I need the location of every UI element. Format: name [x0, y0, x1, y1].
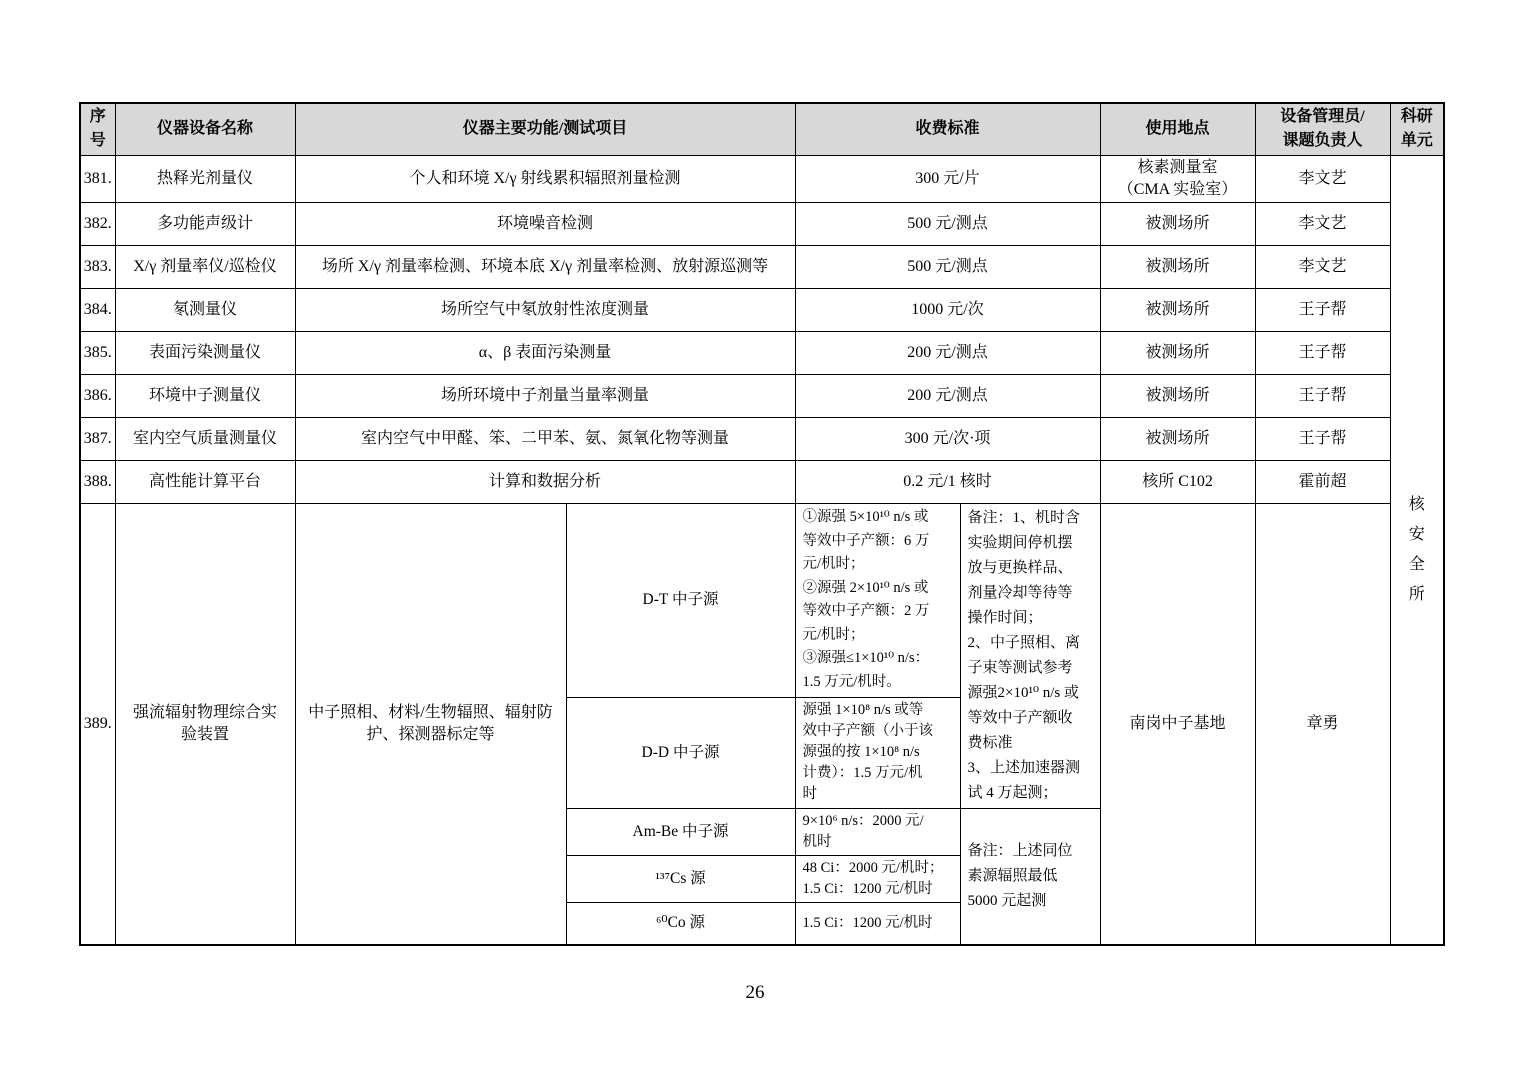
header-name: 仪器设备名称 [115, 103, 295, 155]
cell-source-cs137: ¹³⁷Cs 源 [566, 855, 795, 902]
table-row: 383. X/γ 剂量率仪/巡检仪 场所 X/γ 剂量率检测、环境本底 X/γ … [80, 245, 1444, 288]
cell-function: 个人和环境 X/γ 射线累积辐照剂量检测 [295, 155, 795, 202]
cell-function: 室内空气中甲醛、笨、二甲苯、氨、氮氧化物等测量 [295, 417, 795, 460]
cell-seq: 381. [80, 155, 115, 202]
cell-fee-co60: 1.5 Ci：1200 元/机时 [795, 902, 960, 945]
table-row-389-dt: 389. 强流辐射物理综合实 验装置 中子照相、材料/生物辐照、辐射防 护、探测… [80, 503, 1444, 697]
cell-research-unit: 核 安 全 所 [1390, 155, 1444, 945]
header-unit: 科研 单元 [1390, 103, 1444, 155]
cell-fee-dt: ①源强 5×10¹⁰ n/s 或 等效中子产额：6 万 元/机时； ②源强 2×… [795, 503, 960, 697]
cell-name: 氡测量仪 [115, 288, 295, 331]
cell-location: 被测场所 [1100, 374, 1255, 417]
cell-fee-ambe: 9×10⁶ n/s：2000 元/ 机时 [795, 808, 960, 855]
cell-manager: 王子帮 [1255, 417, 1390, 460]
cell-location: 被测场所 [1100, 288, 1255, 331]
cell-note-accelerator: 备注：1、机时含 实验期间停机摆 放与更换样品、 剂量冷却等待等 操作时间； 2… [960, 503, 1100, 808]
cell-function: 场所空气中氡放射性浓度测量 [295, 288, 795, 331]
table-row: 385. 表面污染测量仪 α、β 表面污染测量 200 元/测点 被测场所 王子… [80, 331, 1444, 374]
cell-name: 环境中子测量仪 [115, 374, 295, 417]
document-page: 序 号 仪器设备名称 仪器主要功能/测试项目 收费标准 使用地点 设备管理员/ … [0, 0, 1520, 1074]
cell-name: 室内空气质量测量仪 [115, 417, 295, 460]
cell-source-co60: ⁶⁰Co 源 [566, 902, 795, 945]
cell-function: 环境噪音检测 [295, 202, 795, 245]
cell-name: 表面污染测量仪 [115, 331, 295, 374]
cell-fee: 500 元/测点 [795, 245, 1100, 288]
cell-fee-dd: 源强 1×10⁸ n/s 或等 效中子产额（小于该 源强的按 1×10⁸ n/s… [795, 697, 960, 808]
cell-source-ambe: Am-Be 中子源 [566, 808, 795, 855]
cell-name: 多功能声级计 [115, 202, 295, 245]
cell-manager: 王子帮 [1255, 288, 1390, 331]
cell-fee: 500 元/测点 [795, 202, 1100, 245]
cell-fee: 200 元/测点 [795, 374, 1100, 417]
cell-fee: 200 元/测点 [795, 331, 1100, 374]
cell-source-dd: D-D 中子源 [566, 697, 795, 808]
cell-fee-cs137: 48 Ci：2000 元/机时； 1.5 Ci：1200 元/机时 [795, 855, 960, 902]
cell-manager: 霍前超 [1255, 460, 1390, 503]
cell-manager: 李文艺 [1255, 202, 1390, 245]
header-location: 使用地点 [1100, 103, 1255, 155]
cell-fee: 300 元/片 [795, 155, 1100, 202]
cell-location: 被测场所 [1100, 331, 1255, 374]
cell-seq: 387. [80, 417, 115, 460]
cell-seq: 384. [80, 288, 115, 331]
cell-note-isotope: 备注：上述同位 素源辐照最低 5000 元起测 [960, 808, 1100, 945]
header-fee: 收费标准 [795, 103, 1100, 155]
cell-location: 南岗中子基地 [1100, 503, 1255, 945]
header-row: 序 号 仪器设备名称 仪器主要功能/测试项目 收费标准 使用地点 设备管理员/ … [80, 103, 1444, 155]
header-manager: 设备管理员/ 课题负责人 [1255, 103, 1390, 155]
page-number: 26 [0, 982, 1510, 1004]
cell-location: 被测场所 [1100, 245, 1255, 288]
cell-location: 被测场所 [1100, 417, 1255, 460]
cell-seq: 389. [80, 503, 115, 945]
instrument-fee-table: 序 号 仪器设备名称 仪器主要功能/测试项目 收费标准 使用地点 设备管理员/ … [79, 102, 1445, 946]
cell-seq: 382. [80, 202, 115, 245]
table-row: 382. 多功能声级计 环境噪音检测 500 元/测点 被测场所 李文艺 [80, 202, 1444, 245]
cell-location: 核素测量室 （CMA 实验室） [1100, 155, 1255, 202]
cell-location: 被测场所 [1100, 202, 1255, 245]
cell-name: 强流辐射物理综合实 验装置 [115, 503, 295, 945]
cell-seq: 386. [80, 374, 115, 417]
cell-manager: 王子帮 [1255, 374, 1390, 417]
cell-seq: 385. [80, 331, 115, 374]
cell-function: α、β 表面污染测量 [295, 331, 795, 374]
header-seq: 序 号 [80, 103, 115, 155]
header-function: 仪器主要功能/测试项目 [295, 103, 795, 155]
cell-location: 核所 C102 [1100, 460, 1255, 503]
cell-manager: 李文艺 [1255, 245, 1390, 288]
cell-function: 场所 X/γ 剂量率检测、环境本底 X/γ 剂量率检测、放射源巡测等 [295, 245, 795, 288]
cell-fee: 300 元/次·项 [795, 417, 1100, 460]
cell-name: X/γ 剂量率仪/巡检仪 [115, 245, 295, 288]
cell-seq: 383. [80, 245, 115, 288]
cell-fee: 1000 元/次 [795, 288, 1100, 331]
cell-manager: 章勇 [1255, 503, 1390, 945]
cell-name: 热释光剂量仪 [115, 155, 295, 202]
table-row: 388. 高性能计算平台 计算和数据分析 0.2 元/1 核时 核所 C102 … [80, 460, 1444, 503]
cell-function: 场所环境中子剂量当量率测量 [295, 374, 795, 417]
cell-name: 高性能计算平台 [115, 460, 295, 503]
cell-seq: 388. [80, 460, 115, 503]
cell-function: 中子照相、材料/生物辐照、辐射防 护、探测器标定等 [295, 503, 566, 945]
table-row: 384. 氡测量仪 场所空气中氡放射性浓度测量 1000 元/次 被测场所 王子… [80, 288, 1444, 331]
table-row: 386. 环境中子测量仪 场所环境中子剂量当量率测量 200 元/测点 被测场所… [80, 374, 1444, 417]
cell-manager: 王子帮 [1255, 331, 1390, 374]
cell-manager: 李文艺 [1255, 155, 1390, 202]
cell-source-dt: D-T 中子源 [566, 503, 795, 697]
table-row: 381. 热释光剂量仪 个人和环境 X/γ 射线累积辐照剂量检测 300 元/片… [80, 155, 1444, 202]
cell-function: 计算和数据分析 [295, 460, 795, 503]
table-row: 387. 室内空气质量测量仪 室内空气中甲醛、笨、二甲苯、氨、氮氧化物等测量 3… [80, 417, 1444, 460]
cell-fee: 0.2 元/1 核时 [795, 460, 1100, 503]
